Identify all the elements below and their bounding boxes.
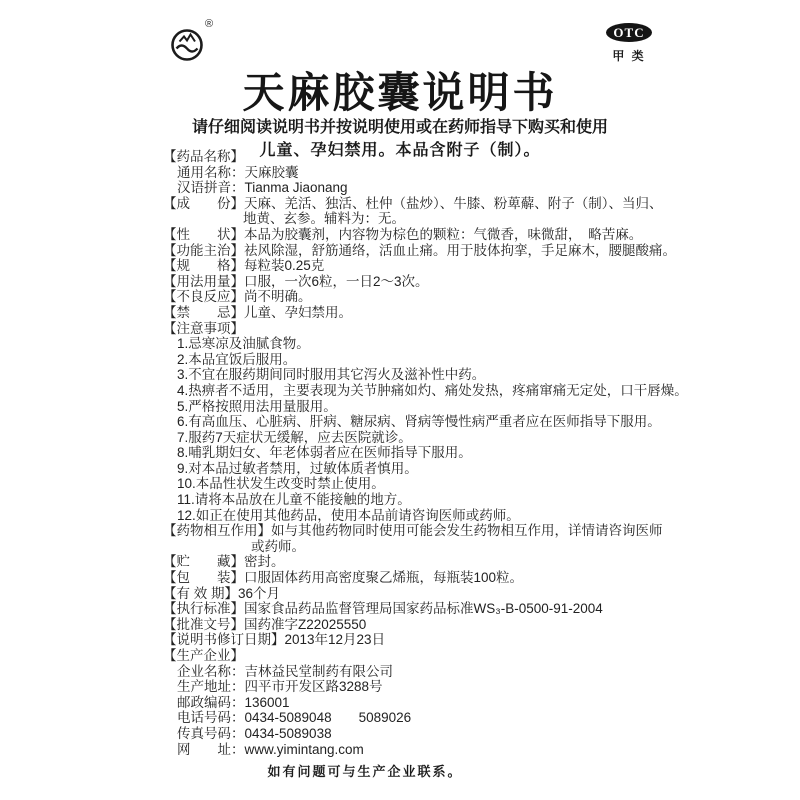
- leaflet-line: 【药物相互作用】如与其他药物同时使用可能会发生药物相互作用，详情请咨询医师: [163, 523, 688, 539]
- leaflet-line: 9.对本品过敏者禁用，过敏体质者慎用。: [163, 461, 688, 477]
- registered-trademark-mark: ®: [205, 18, 213, 30]
- leaflet-line: 【成 份】天麻、羌活、独活、杜仲（盐炒）、牛膝、粉萆薢、附子（制）、当归、: [163, 196, 688, 212]
- leaflet-line: 6.有高血压、心脏病、肝病、糖尿病、肾病等慢性病严重者应在医师指导下服用。: [163, 414, 688, 430]
- leaflet-line: 【规 格】每粒装0.25克: [163, 258, 688, 274]
- brand-logo-icon: [170, 28, 204, 62]
- leaflet-line: 生产地址：四平市开发区路3288号: [163, 679, 688, 695]
- leaflet-line: 4.热痹者不适用，主要表现为关节肿痛如灼、痛处发热，疼痛窜痛无定处，口干唇燥。: [163, 383, 688, 399]
- leaflet-line: 【用法用量】口服，一次6粒，一日2～3次。: [163, 274, 688, 290]
- notice-line-1: 请仔细阅读说明书并按说明使用或在药师指导下购买和使用: [0, 114, 800, 137]
- leaflet-line: 通用名称：天麻胶囊: [163, 165, 688, 181]
- leaflet-line: 1.忌寒凉及油腻食物。: [163, 336, 688, 352]
- leaflet-line: 汉语拼音：Tianma Jiaonang: [163, 180, 688, 196]
- leaflet-line: 【贮 藏】密封。: [163, 554, 688, 570]
- leaflet-line: 【执行标准】国家食品药品监督管理局国家药品标准WS₃-B-0500-91-200…: [163, 601, 688, 617]
- leaflet-line: 3.不宜在服药期间同时服用其它泻火及滋补性中药。: [163, 367, 688, 383]
- leaflet-line: 【不良反应】尚不明确。: [163, 289, 688, 305]
- leaflet-line: 2.本品宜饭后服用。: [163, 352, 688, 368]
- leaflet-line: 【禁 忌】儿童、孕妇禁用。: [163, 305, 688, 321]
- leaflet-line: 【说明书修订日期】2013年12月23日: [163, 632, 688, 648]
- leaflet-page: ® OTC 甲 类 天麻胶囊说明书 请仔细阅读说明书并按说明使用或在药师指导下购…: [0, 0, 800, 800]
- leaflet-line: 7.服药7天症状无缓解，应去医院就诊。: [163, 430, 688, 446]
- leaflet-line: 【包 装】口服固体药用高密度聚乙烯瓶，每瓶装100粒。: [163, 570, 688, 586]
- leaflet-line: 电话号码：0434-5089048 5089026: [163, 710, 688, 726]
- footer-note: 如有问题可与生产企业联系。: [163, 761, 567, 780]
- leaflet-line: 【药品名称】: [163, 149, 688, 165]
- leaflet-line: 【批准文号】国药准字Z22025550: [163, 617, 688, 633]
- leaflet-line: 8.哺乳期妇女、年老体弱者应在医师指导下服用。: [163, 445, 688, 461]
- otc-badge: OTC: [606, 23, 652, 42]
- leaflet-line: 传真号码：0434-5089038: [163, 726, 688, 742]
- page-title: 天麻胶囊说明书: [0, 60, 800, 120]
- leaflet-line: 【有 效 期】36个月: [163, 586, 688, 602]
- leaflet-body: 【药品名称】通用名称：天麻胶囊汉语拼音：Tianma Jiaonang【成 份】…: [163, 149, 688, 757]
- leaflet-line: 或药师。: [163, 539, 688, 555]
- leaflet-line: 12.如正在使用其他药品，使用本品前请咨询医师或药师。: [163, 508, 688, 524]
- leaflet-line: 【注意事项】: [163, 321, 688, 337]
- leaflet-line: 企业名称：吉林益民堂制药有限公司: [163, 664, 688, 680]
- leaflet-line: 【性 状】本品为胶囊剂，内容物为棕色的颗粒：气微香，味微甜， 略苦麻。: [163, 227, 688, 243]
- leaflet-line: 【生产企业】: [163, 648, 688, 664]
- leaflet-line: 地黄、玄参。辅料为：无。: [163, 211, 688, 227]
- leaflet-line: 10.本品性状发生改变时禁止使用。: [163, 476, 688, 492]
- leaflet-line: 5.严格按照用法用量服用。: [163, 399, 688, 415]
- leaflet-line: 邮政编码：136001: [163, 695, 688, 711]
- leaflet-line: 网 址：www.yimintang.com: [163, 742, 688, 758]
- leaflet-line: 11.请将本品放在儿童不能接触的地方。: [163, 492, 688, 508]
- leaflet-line: 【功能主治】祛风除湿，舒筋通络，活血止痛。用于肢体拘挛，手足麻木，腰腿酸痛。: [163, 243, 688, 259]
